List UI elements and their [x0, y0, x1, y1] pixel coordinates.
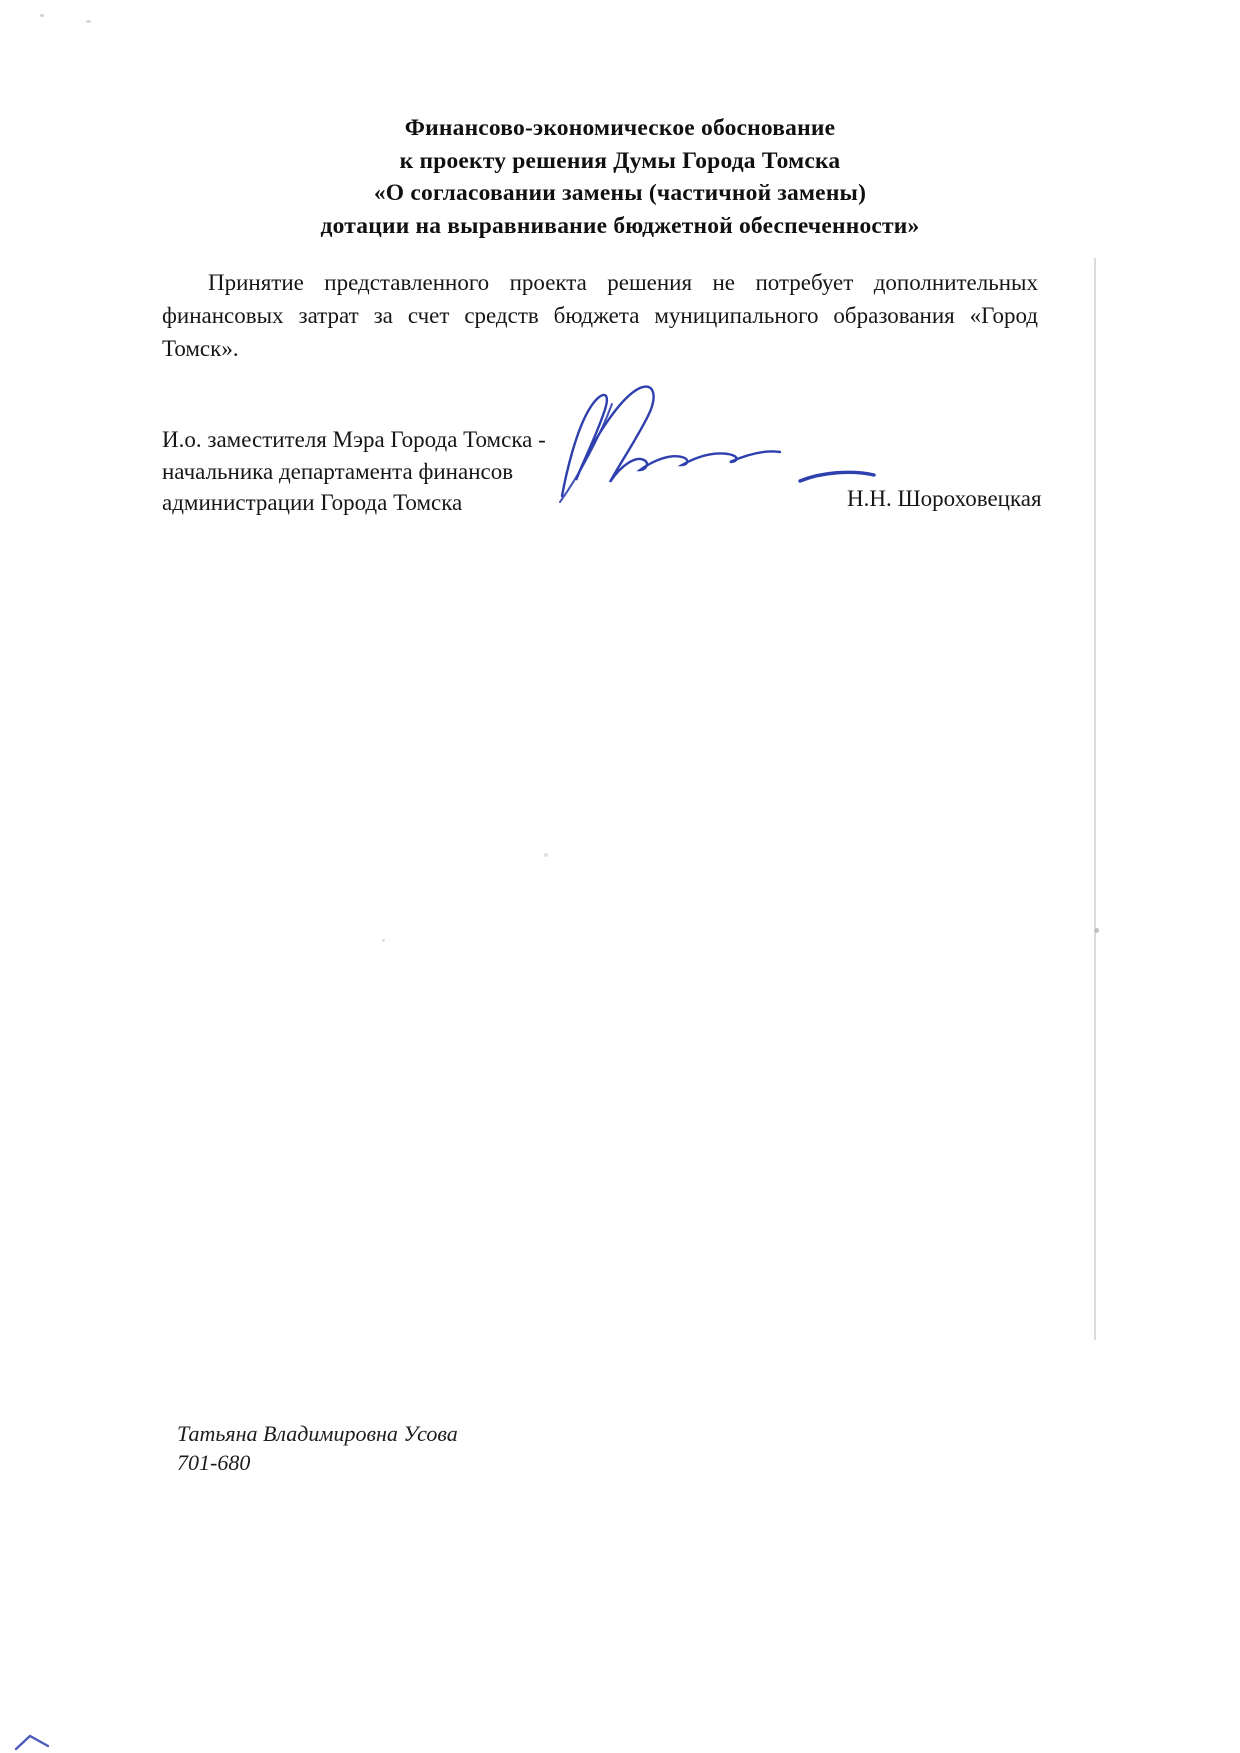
body-line: финансовых затрат за счет средств бюджет… — [162, 299, 1038, 332]
position-line: администрации Города Томска — [162, 487, 546, 519]
signature-ink-stroke — [560, 404, 612, 502]
scan-artifact — [40, 14, 44, 17]
position-line: начальника департамента финансов — [162, 456, 546, 488]
body-line: Принятие представленного проекта решения… — [162, 266, 1038, 299]
title-line: дотации на выравнивание бюджетной обеспе… — [0, 210, 1240, 243]
scan-artifact — [86, 20, 91, 23]
scan-edge-line — [1094, 258, 1096, 1340]
executor-name: Татьяна Владимировна Усова — [177, 1419, 458, 1448]
title-line: «О согласовании замены (частичной замены… — [0, 177, 1240, 210]
corner-ink-mark — [14, 1733, 56, 1752]
scanned-document-page: Финансово-экономическое обоснование к пр… — [0, 0, 1240, 1753]
title-line: к проекту решения Думы Города Томска — [0, 145, 1240, 178]
document-title: Финансово-экономическое обоснование к пр… — [0, 112, 1240, 242]
signature-position-block: И.о. заместителя Мэра Города Томска - на… — [162, 424, 546, 519]
scan-artifact — [382, 939, 385, 942]
scan-artifact — [1095, 928, 1099, 933]
body-line: Томск». — [162, 332, 1038, 365]
executor-footer: Татьяна Владимировна Усова 701-680 — [177, 1419, 458, 1477]
signer-name: Н.Н. Шороховецкая — [847, 486, 1042, 512]
title-line: Финансово-экономическое обоснование — [0, 112, 1240, 145]
handwritten-signature — [552, 378, 882, 506]
body-paragraph: Принятие представленного проекта решения… — [162, 266, 1038, 365]
position-line: И.о. заместителя Мэра Города Томска - — [162, 424, 546, 456]
scan-artifact — [544, 853, 548, 857]
signature-underline-stroke — [800, 472, 874, 481]
executor-phone: 701-680 — [177, 1448, 458, 1477]
